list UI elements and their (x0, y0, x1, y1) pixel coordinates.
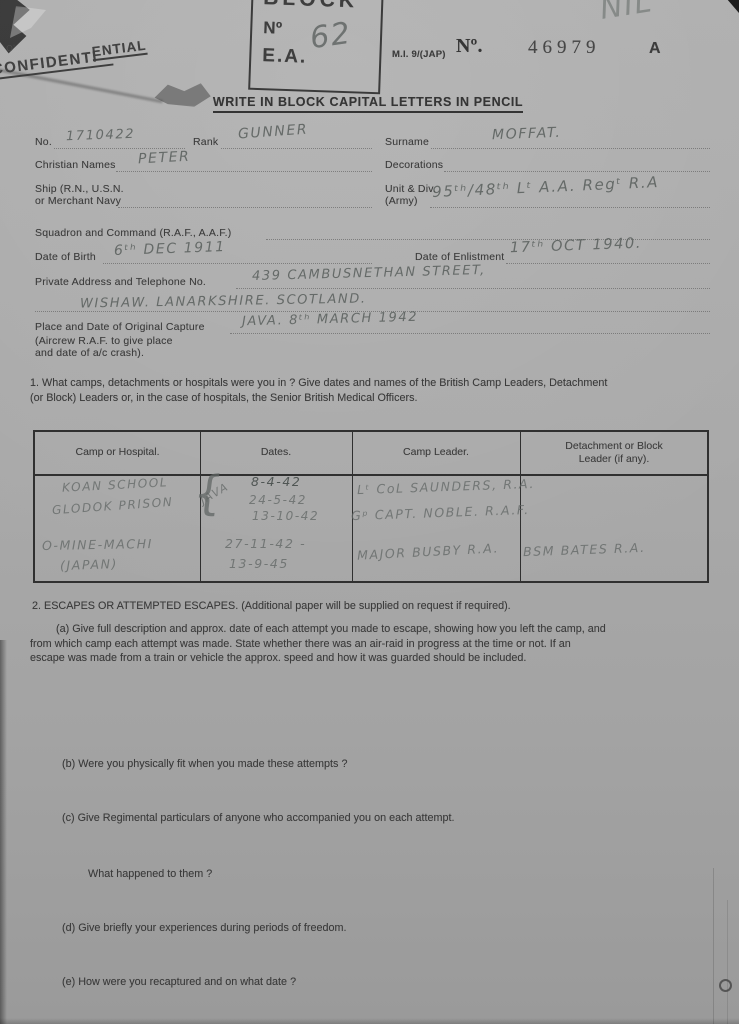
question-2c2-text: What happened to them ? (88, 867, 488, 882)
instruction-heading: WRITE IN BLOCK CAPITAL LETTERS IN PENCIL (163, 93, 573, 113)
surname-value: MOFFAT. (492, 125, 562, 143)
serial-no-label: Nº. (456, 40, 483, 52)
squadron-line (266, 239, 710, 240)
question-2d-text: (d) Give briefly your experiences during… (62, 921, 662, 936)
address-label: Private Address and Telephone No. (35, 276, 206, 288)
date-of-enlistment-line (506, 263, 710, 264)
camp-table-header-divider (35, 474, 707, 476)
capture-value: JAVA. 8ᵗʰ MARCH 1942 (242, 310, 418, 330)
camp1-date-1: 8-4-42 (251, 474, 301, 489)
ship-label-line1: Ship (R.N., U.S.N. (35, 183, 124, 195)
camp1-date-2: 24-5-42 (249, 493, 307, 507)
squadron-label: Squadron and Command (R.A.F., A.A.F.) (35, 227, 232, 239)
mi9-department-label: M.I. 9/(JAP) (392, 49, 446, 61)
address-value-line2: WISHAW. LANARKSHIRE. SCOTLAND. (80, 291, 367, 311)
corner-wedge-artifact (723, 0, 739, 13)
decorations-label: Decorations (385, 159, 443, 171)
date-of-enlistment-value: 17ᵗʰ OCT 1940. (510, 236, 643, 257)
block-number-handwritten: 62 (308, 16, 354, 56)
serial-series-letter: A (649, 43, 661, 55)
block-stamp-line3: E.A. (262, 50, 307, 64)
christian-names-line (116, 171, 372, 172)
capture-line (230, 333, 710, 334)
rank-label: Rank (193, 136, 218, 148)
confidential-stamp: CONFIDENTI (0, 50, 113, 81)
date-of-birth-label: Date of Birth (35, 251, 96, 263)
unit-line (430, 207, 710, 208)
camp1-date-3: 13-10-42 (252, 509, 319, 523)
right-fold-line (713, 868, 714, 1024)
ship-label-line2: or Merchant Navy (35, 195, 121, 207)
date-of-birth-line (103, 263, 372, 264)
question-1-text: 1. What camps, detachments or hospitals … (30, 376, 714, 405)
confidential-stamp-tick: O' (5, 42, 16, 55)
question-2b-text: (b) Were you physically fit when you mad… (62, 757, 662, 772)
nil-note-handwritten: NIL (598, 0, 656, 27)
surname-line (431, 148, 710, 149)
pow-questionnaire-scan: O' ENTIAL CONFIDENTI BLOCK Nº E.A. 62 M.… (0, 0, 739, 1024)
question-2c-text: (c) Give Regimental particulars of anyon… (62, 811, 682, 826)
unit-value: 95ᵗʰ/48ᵗʰ Lᵗ A.A. Regᵗ R.A (432, 173, 660, 201)
block-stamp-line2: Nº (263, 22, 282, 35)
unit-label-line2: (Army) (385, 195, 418, 207)
camp2-date-2: 13-9-45 (229, 556, 289, 571)
camp2-name-line1: O-MINE-MACHI (42, 536, 153, 553)
camp-table-header-dates: Dates. (200, 446, 352, 459)
rank-line (221, 148, 372, 149)
question-2-title: 2. ESCAPES OR ATTEMPTED ESCAPES. (Additi… (32, 599, 724, 614)
bottom-edge-shadow (0, 1018, 739, 1024)
address-value-line1: 439 CAMBUSNETHAN STREET, (252, 263, 486, 284)
right-fold-line-2 (727, 900, 728, 1024)
instruction-heading-text: WRITE IN BLOCK CAPITAL LETTERS IN PENCIL (213, 95, 523, 113)
service-no-line (54, 148, 185, 149)
question-2e-text: (e) How were you recaptured and on what … (62, 975, 662, 990)
date-of-birth-value: 6ᵗʰ DEC 1911 (114, 239, 226, 259)
service-no-label: No. (35, 136, 52, 148)
torn-corner-highlight (4, 6, 64, 46)
christian-names-label: Christian Names (35, 159, 116, 171)
christian-names-value: PETER (138, 149, 191, 168)
block-stamp-line1: BLOCK (263, 0, 358, 7)
punch-hole-mark (719, 979, 732, 992)
capture-label-line3: and date of a/c crash). (35, 347, 144, 359)
unit-label-line1: Unit & Div. (385, 183, 436, 195)
question-2a-text: (a) Give full description and approx. da… (30, 622, 724, 666)
service-no-value: 1710422 (66, 127, 136, 144)
rank-value: GUNNER (238, 122, 309, 143)
ship-line (118, 207, 372, 208)
left-edge-shadow (0, 640, 7, 1024)
address-line1 (236, 288, 710, 289)
camp2-date-1: 27-11-42 - (225, 536, 306, 551)
block-number-stamp: BLOCK Nº E.A. 62 (248, 0, 384, 94)
camp-table-header-camp: Camp or Hospital. (35, 446, 200, 459)
camp-table-header-block-leader: Detachment or Block Leader (if any). (520, 440, 708, 465)
capture-label-line1: Place and Date of Original Capture (35, 321, 205, 333)
camp-table-header-leader: Camp Leader. (352, 446, 520, 459)
surname-label: Surname (385, 136, 429, 148)
date-of-enlistment-label: Date of Enlistment (415, 251, 504, 263)
camp2-name-line2: (JAPAN) (60, 556, 119, 573)
capture-label-line2: (Aircrew R.A.F. to give place (35, 335, 173, 347)
serial-number: 46979 (528, 42, 601, 54)
decorations-line (444, 171, 710, 172)
